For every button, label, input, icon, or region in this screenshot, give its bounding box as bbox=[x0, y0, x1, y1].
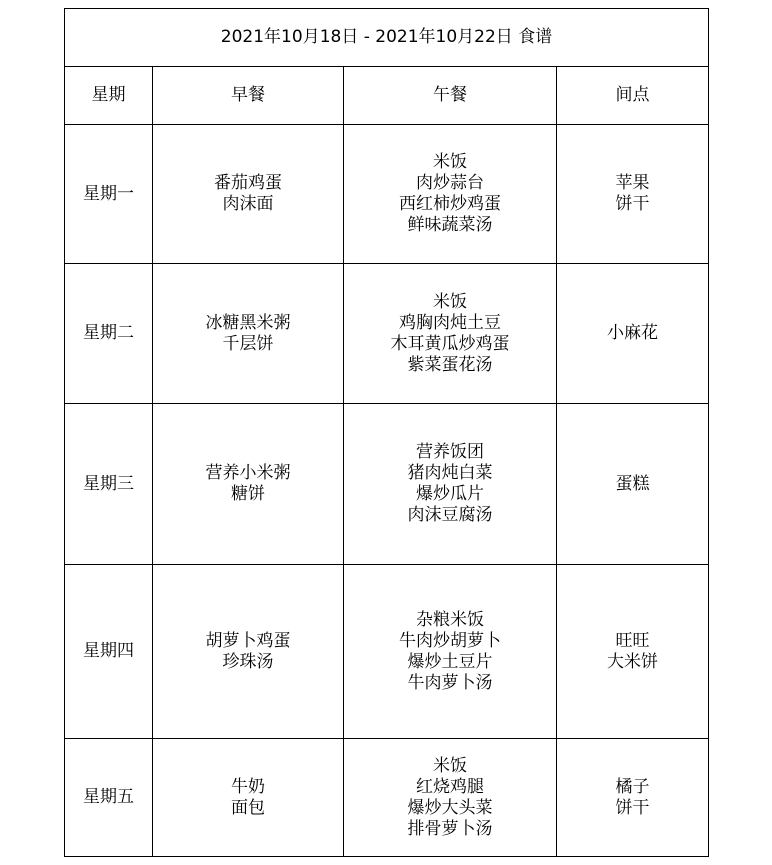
snack-cell: 苹果饼干 bbox=[557, 125, 709, 264]
menu-title: 2021年10月18日 - 2021年10月22日 食谱 bbox=[65, 9, 709, 67]
breakfast-cell: 营养小米粥糖饼 bbox=[153, 404, 344, 565]
breakfast-cell: 冰糖黑米粥千层饼 bbox=[153, 264, 344, 404]
menu-item: 爆炒瓜片 bbox=[344, 484, 556, 505]
snack-cell: 橘子饼干 bbox=[557, 739, 709, 857]
menu-item: 紫菜蛋花汤 bbox=[344, 355, 556, 376]
menu-item: 排骨萝卜汤 bbox=[344, 819, 556, 840]
menu-item: 蛋糕 bbox=[557, 474, 708, 495]
menu-item: 小麻花 bbox=[557, 323, 708, 344]
menu-table: 2021年10月18日 - 2021年10月22日 食谱 星期 早餐 午餐 间点… bbox=[64, 8, 709, 857]
breakfast-cell: 牛奶面包 bbox=[153, 739, 344, 857]
snack-cell: 蛋糕 bbox=[557, 404, 709, 565]
header-lunch: 午餐 bbox=[344, 67, 557, 125]
lunch-cell: 米饭肉炒蒜台西红柿炒鸡蛋鲜味蔬菜汤 bbox=[344, 125, 557, 264]
menu-item: 牛肉炒胡萝卜 bbox=[344, 631, 556, 652]
day-cell: 星期五 bbox=[65, 739, 153, 857]
menu-item: 猪肉炖白菜 bbox=[344, 463, 556, 484]
lunch-cell: 米饭鸡胸肉炖土豆木耳黄瓜炒鸡蛋紫菜蛋花汤 bbox=[344, 264, 557, 404]
menu-item: 牛肉萝卜汤 bbox=[344, 673, 556, 694]
menu-item: 苹果 bbox=[557, 173, 708, 194]
menu-item: 木耳黄瓜炒鸡蛋 bbox=[344, 334, 556, 355]
menu-item: 番茄鸡蛋 bbox=[153, 173, 343, 194]
day-cell: 星期一 bbox=[65, 125, 153, 264]
menu-item: 旺旺 bbox=[557, 631, 708, 652]
menu-item: 西红柿炒鸡蛋 bbox=[344, 194, 556, 215]
menu-item: 胡萝卜鸡蛋 bbox=[153, 631, 343, 652]
menu-item: 肉沫面 bbox=[153, 194, 343, 215]
day-cell: 星期四 bbox=[65, 565, 153, 739]
menu-item: 饼干 bbox=[557, 194, 708, 215]
header-breakfast: 早餐 bbox=[153, 67, 344, 125]
table-row: 星期一番茄鸡蛋肉沫面米饭肉炒蒜台西红柿炒鸡蛋鲜味蔬菜汤苹果饼干 bbox=[65, 125, 709, 264]
menu-item: 肉沫豆腐汤 bbox=[344, 505, 556, 526]
lunch-cell: 杂粮米饭牛肉炒胡萝卜爆炒土豆片牛肉萝卜汤 bbox=[344, 565, 557, 739]
menu-item: 大米饼 bbox=[557, 652, 708, 673]
menu-item: 营养小米粥 bbox=[153, 463, 343, 484]
menu-item: 橘子 bbox=[557, 777, 708, 798]
menu-item: 杂粮米饭 bbox=[344, 610, 556, 631]
header-day: 星期 bbox=[65, 67, 153, 125]
table-row: 星期四胡萝卜鸡蛋珍珠汤杂粮米饭牛肉炒胡萝卜爆炒土豆片牛肉萝卜汤旺旺大米饼 bbox=[65, 565, 709, 739]
table-row: 星期五牛奶面包米饭红烧鸡腿爆炒大头菜排骨萝卜汤橘子饼干 bbox=[65, 739, 709, 857]
menu-item: 牛奶 bbox=[153, 777, 343, 798]
menu-item: 米饭 bbox=[344, 756, 556, 777]
title-row: 2021年10月18日 - 2021年10月22日 食谱 bbox=[65, 9, 709, 67]
header-row: 星期 早餐 午餐 间点 bbox=[65, 67, 709, 125]
menu-item: 肉炒蒜台 bbox=[344, 173, 556, 194]
menu-item: 冰糖黑米粥 bbox=[153, 313, 343, 334]
day-cell: 星期二 bbox=[65, 264, 153, 404]
menu-item: 营养饭团 bbox=[344, 442, 556, 463]
table-row: 星期二冰糖黑米粥千层饼米饭鸡胸肉炖土豆木耳黄瓜炒鸡蛋紫菜蛋花汤小麻花 bbox=[65, 264, 709, 404]
table-row: 星期三营养小米粥糖饼营养饭团猪肉炖白菜爆炒瓜片肉沫豆腐汤蛋糕 bbox=[65, 404, 709, 565]
menu-item: 鸡胸肉炖土豆 bbox=[344, 313, 556, 334]
snack-cell: 小麻花 bbox=[557, 264, 709, 404]
snack-cell: 旺旺大米饼 bbox=[557, 565, 709, 739]
lunch-cell: 营养饭团猪肉炖白菜爆炒瓜片肉沫豆腐汤 bbox=[344, 404, 557, 565]
menu-item: 米饭 bbox=[344, 292, 556, 313]
menu-item: 饼干 bbox=[557, 798, 708, 819]
lunch-cell: 米饭红烧鸡腿爆炒大头菜排骨萝卜汤 bbox=[344, 739, 557, 857]
breakfast-cell: 胡萝卜鸡蛋珍珠汤 bbox=[153, 565, 344, 739]
menu-item: 红烧鸡腿 bbox=[344, 777, 556, 798]
breakfast-cell: 番茄鸡蛋肉沫面 bbox=[153, 125, 344, 264]
menu-item: 鲜味蔬菜汤 bbox=[344, 215, 556, 236]
day-cell: 星期三 bbox=[65, 404, 153, 565]
menu-item: 面包 bbox=[153, 798, 343, 819]
header-snack: 间点 bbox=[557, 67, 709, 125]
menu-item: 糖饼 bbox=[153, 484, 343, 505]
menu-item: 爆炒大头菜 bbox=[344, 798, 556, 819]
menu-item: 千层饼 bbox=[153, 334, 343, 355]
menu-item: 米饭 bbox=[344, 152, 556, 173]
menu-item: 珍珠汤 bbox=[153, 652, 343, 673]
menu-item: 爆炒土豆片 bbox=[344, 652, 556, 673]
